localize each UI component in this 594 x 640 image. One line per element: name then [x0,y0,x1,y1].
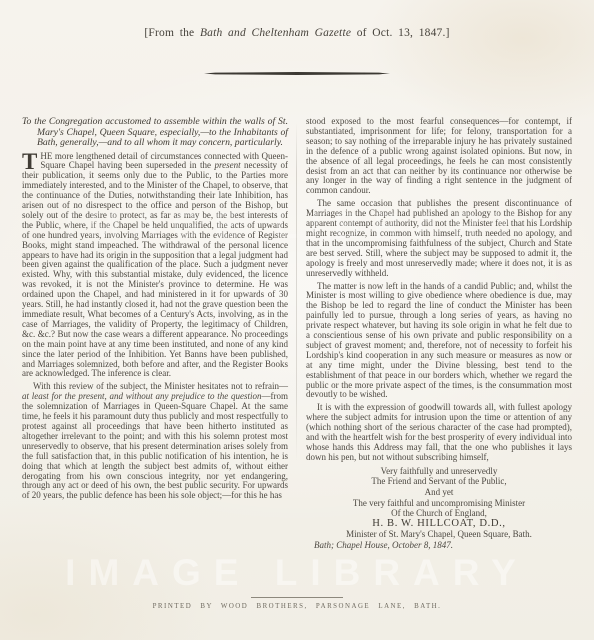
masthead-prefix: [From the [144,27,200,39]
paragraph-review-rest: —from the solemnization of Marriages in … [22,391,288,500]
masthead: [From the Bath and Cheltenham Gazette of… [0,0,594,39]
valediction: Very faithfully and unreservedly [306,466,572,477]
right-column: stood exposed to the most fearful conseq… [306,117,572,551]
paragraph-opening-italic: present [214,160,240,170]
dateline: Bath; Chapel House, October 8, 1847. [306,540,572,551]
drop-cap: T [22,152,40,172]
paragraph-review: With this review of the subject, the Min… [22,382,288,501]
salutation: To the Congregation accustomed to assemb… [22,117,288,149]
closing-line-and-yet: And yet [306,487,572,498]
paragraph-candid-public: The matter is now left in the hands of a… [306,282,572,401]
printer-imprint: PRINTED BY WOOD BROTHERS, PARSONAGE LANE… [0,603,594,610]
swelled-divider-rule [204,72,390,75]
closing-line-friend: The Friend and Servant of the Public, [306,476,572,487]
signature: H. B. W. HILLCOAT, D.D., [306,519,572,530]
masthead-suffix: of Oct. 13, 1847.] [351,27,449,39]
two-column-body: To the Congregation accustomed to assemb… [0,117,594,551]
paragraph-goodwill: It is with the expression of goodwill to… [306,403,572,462]
paragraph-opening: THE more lengthened detail of circumstan… [22,152,288,380]
watermark-text-lower: IMAGE LIBRARY [0,552,594,594]
paragraph-opening-rest: necessity of their publication, it seems… [22,160,288,378]
left-column: To the Congregation accustomed to assemb… [22,117,288,551]
paragraph-apology: The same occasion that publishes the pre… [306,199,572,278]
publication-name: Bath and Cheltenham Gazette [200,27,351,39]
paragraph-consequences: stood exposed to the most fearful conseq… [306,117,572,196]
signature-title: Minister of St. Mary's Chapel, Queen Squ… [306,529,572,540]
imprint-rule [251,597,343,598]
closing-line-minister: The very faithful and uncompromising Min… [306,498,572,509]
paragraph-review-italic: at least for the present, and without an… [22,391,262,401]
closing-block: Very faithfully and unreservedly The Fri… [306,466,572,551]
imprint-block: PRINTED BY WOOD BROTHERS, PARSONAGE LANE… [0,597,594,610]
paragraph-review-lead: With this review of the subject, the Min… [33,381,288,391]
